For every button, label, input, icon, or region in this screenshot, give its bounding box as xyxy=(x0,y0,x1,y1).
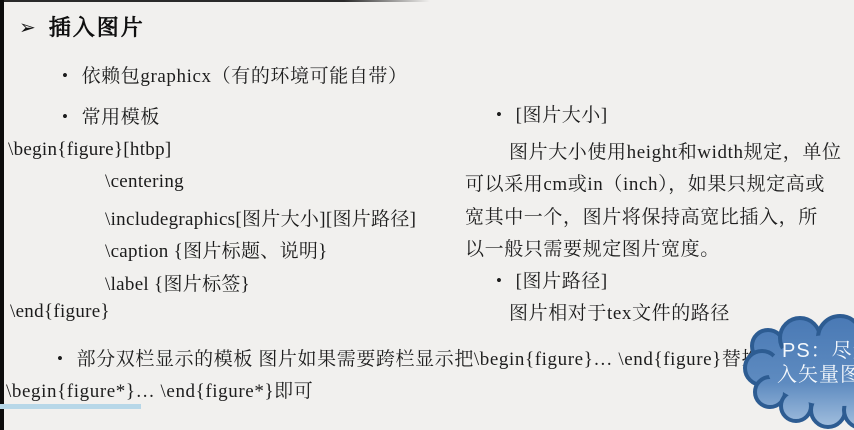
code-line: \label {图片标签} xyxy=(105,269,250,296)
bullet-text: [图片大小] xyxy=(516,105,608,126)
top-edge-bar xyxy=(0,0,430,2)
code-line: \begin{figure}[htbp] xyxy=(8,139,172,161)
bullet-item-image-path: •[图片路径] xyxy=(496,266,608,293)
cloud-callout: PS：尽量 入矢量图 xyxy=(740,312,854,430)
code-line: \end{figure} xyxy=(10,301,110,323)
bullet-dot-icon: • xyxy=(62,66,69,86)
bullet-dot-icon: • xyxy=(496,271,503,291)
cloud-text-line2: 入矢量图 xyxy=(777,363,854,386)
bullet-text: [图片路径] xyxy=(516,271,608,292)
footer-accent-line xyxy=(0,404,141,409)
size-paragraph-line: 以一般只需要规定图片宽度。 xyxy=(465,234,720,261)
bullet-text: 常用模板 xyxy=(82,107,160,128)
code-line: \caption {图片标题、说明} xyxy=(105,236,328,263)
bullet-dot-icon: • xyxy=(62,107,69,127)
page-title: 插入图片 xyxy=(49,11,145,42)
size-paragraph-line: 宽其中一个，图片将保持高宽比插入，所 xyxy=(465,202,818,229)
bullet-item-two-column: •部分双栏显示的模板 图片如果需要跨栏显示把\begin{figure}… \e… xyxy=(57,344,781,371)
size-paragraph-line: 图片大小使用height和width规定，单位 xyxy=(509,137,842,164)
bullet-item-graphicx: •依赖包graphicx（有的环境可能自带） xyxy=(62,61,408,88)
slide-heading: ➢ 插入图片 xyxy=(19,11,145,42)
code-line: \includegraphics[图片大小][图片路径] xyxy=(105,204,416,231)
size-paragraph-line: 可以采用cm或in（inch），如果只规定高或 xyxy=(465,169,825,196)
bullet-item-template: •常用模板 xyxy=(62,102,160,129)
arrowhead-bullet-icon: ➢ xyxy=(19,17,36,37)
left-edge-bar xyxy=(0,0,4,430)
bullet-text: 依赖包graphicx（有的环境可能自带） xyxy=(82,66,408,87)
two-column-code-line: \begin{figure*}… \end{figure*}即可 xyxy=(6,376,313,403)
bullet-text: 部分双栏显示的模板 图片如果需要跨栏显示把\begin{figure}… \en… xyxy=(77,349,781,370)
bullet-dot-icon: • xyxy=(57,349,64,369)
path-paragraph: 图片相对于tex文件的路径 xyxy=(509,298,730,325)
code-line: \centering xyxy=(105,171,184,193)
slide: ➢ 插入图片 •依赖包graphicx（有的环境可能自带） •常用模板 \beg… xyxy=(0,0,854,430)
cloud-text-line1: PS：尽量 xyxy=(782,339,854,362)
bullet-item-image-size: •[图片大小] xyxy=(496,100,608,127)
bullet-dot-icon: • xyxy=(496,105,503,125)
